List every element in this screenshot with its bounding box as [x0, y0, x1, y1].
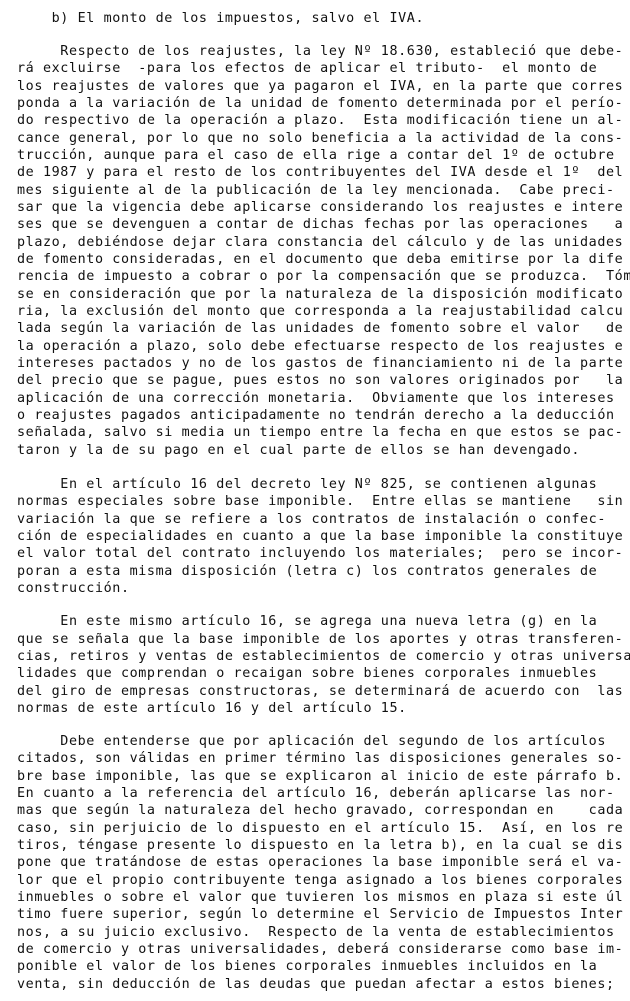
text-line: del giro de empresas constructoras, se d… — [17, 683, 623, 700]
text-line: normas especiales sobre base imponible. … — [17, 493, 623, 510]
document-page: b) El monto de los impuestos, salvo el I… — [0, 0, 630, 1001]
text-line: normas de este artículo 16 y del artícul… — [17, 700, 407, 717]
text-line: plazo, debiéndose dejar clara constancia… — [17, 234, 623, 251]
text-line: ponible el valor de los bienes corporale… — [17, 958, 597, 975]
text-line: rá excluirse -para los efectos de aplica… — [17, 60, 597, 77]
text-line: ción de especialidades en cuanto a que l… — [17, 528, 623, 545]
text-line: cance general, por lo que no solo benefi… — [17, 130, 623, 147]
text-line: lor que el propio contribuyente tenga as… — [17, 872, 623, 889]
text-line: la operación a plazo, solo debe efectuar… — [17, 338, 623, 355]
text-line: trucción, aunque para el caso de ella ri… — [17, 147, 615, 164]
text-line: venta, sin deducción de las deudas que p… — [17, 976, 615, 993]
text-line: En el artículo 16 del decreto ley Nº 825… — [17, 476, 597, 493]
text-line: En este mismo artículo 16, se agrega una… — [17, 613, 597, 630]
text-line: poran a esta misma disposición (letra c)… — [17, 563, 597, 580]
text-line: Debe entenderse que por aplicación del s… — [17, 733, 606, 750]
text-line: caso, sin perjuicio de lo dispuesto en e… — [17, 820, 623, 837]
text-line: construcción. — [17, 580, 130, 597]
text-line: el valor total del contrato incluyendo l… — [17, 545, 623, 562]
text-line: del precio que se pague, pues estos no s… — [17, 372, 623, 389]
text-line: los reajustes de valores que ya pagaron … — [17, 78, 623, 95]
text-line: ponda a la variación de la unidad de fom… — [17, 95, 623, 112]
text-line: do respectivo de la operación a plazo. E… — [17, 112, 623, 129]
text-line: de 1987 y para el resto de los contribuy… — [17, 164, 623, 181]
text-line: señalada, salvo si media un tiempo entre… — [17, 424, 623, 441]
text-line: b) El monto de los impuestos, salvo el I… — [17, 10, 424, 27]
text-line: de fomento consideradas, en el documento… — [17, 251, 623, 268]
text-line: o reajustes pagados anticipadamente no t… — [17, 407, 615, 424]
text-line: que se señala que la base imponible de l… — [17, 631, 623, 648]
text-line: lidades que comprendan o recaigan sobre … — [17, 665, 597, 682]
text-line: ses que se devenguen a contar de dichas … — [17, 216, 623, 233]
text-line: se en consideración que por la naturalez… — [17, 286, 623, 303]
text-line: intereses pactados y no de los gastos de… — [17, 355, 623, 372]
text-line: bre base imponible, las que se explicaro… — [17, 768, 623, 785]
text-line: de comercio y otras universalidades, deb… — [17, 941, 623, 958]
text-line: inmuebles o sobre el valor que tuvieren … — [17, 889, 623, 906]
text-line: nos, a su juicio exclusivo. Respecto de … — [17, 924, 615, 941]
text-line: mes siguiente al de la publicación de la… — [17, 182, 615, 199]
text-line: lada según la variación de las unidades … — [17, 320, 623, 337]
text-line: cias, retiros y ventas de establecimient… — [17, 648, 630, 665]
text-line: tiros, téngase presente lo dispuesto en … — [17, 837, 623, 854]
text-line: sar que la vigencia debe aplicarse consi… — [17, 199, 623, 216]
text-line: timo fuere superior, según lo determine … — [17, 906, 623, 923]
text-line: ria, la exclusión del monto que correspo… — [17, 303, 623, 320]
text-line: taron y la de su pago en el cual parte d… — [17, 442, 580, 459]
text-line: mas que según la naturaleza del hecho gr… — [17, 802, 623, 819]
text-line: rencia de impuesto a cobrar o por la com… — [17, 268, 630, 285]
text-line: citados, son válidas en primer término l… — [17, 750, 623, 767]
text-line: variación la que se refiere a los contra… — [17, 511, 606, 528]
text-line: En cuanto a la referencia del artículo 1… — [17, 785, 615, 802]
text-line: aplicación de una corrección monetaria. … — [17, 390, 615, 407]
text-line: Respecto de los reajustes, la ley Nº 18.… — [17, 43, 623, 60]
text-line: pone que tratándose de estas operaciones… — [17, 854, 623, 871]
